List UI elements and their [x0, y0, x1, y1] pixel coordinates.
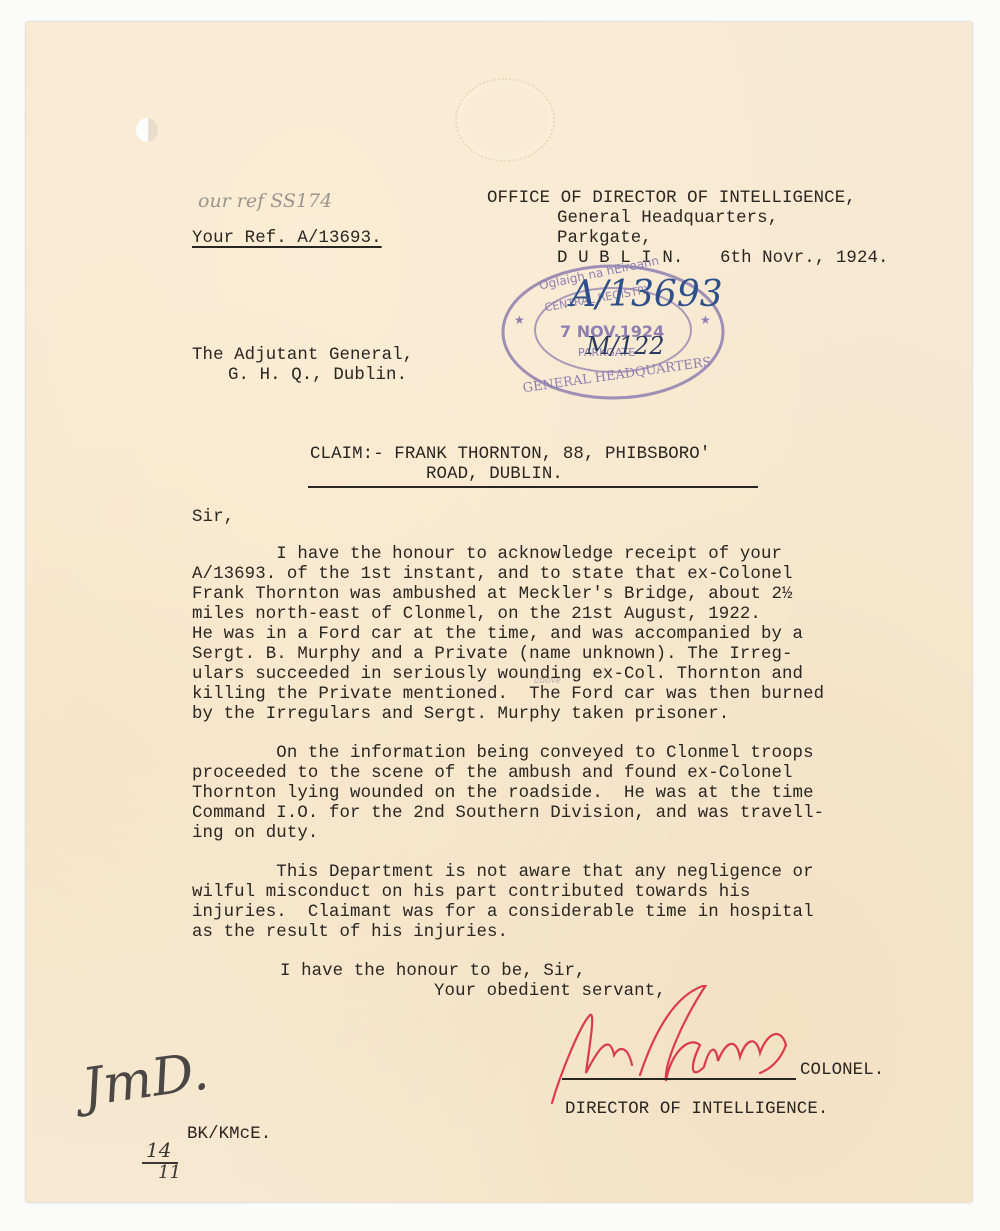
subject-underline	[308, 486, 758, 488]
paragraph-line: I have the honour to acknowledge receipt…	[192, 545, 782, 565]
paragraph-line: Command I.O. for the 2nd Southern Divisi…	[192, 804, 824, 824]
paragraph-line: injuries. Claimant was for a considerabl…	[192, 903, 814, 923]
pencil-insert-note: above	[534, 676, 561, 686]
stamp-handwritten-ref: A/13693	[570, 274, 723, 315]
paragraph-line: by the Irregulars and Sergt. Murphy take…	[192, 705, 729, 725]
signatory-rank: COLONEL.	[800, 1061, 884, 1081]
your-reference: Your Ref. A/13693.	[192, 229, 382, 249]
letterhead-parkgate: Parkgate,	[557, 229, 652, 249]
salutation: Sir,	[192, 508, 234, 528]
paragraph-line: He was in a Ford car at the time, and wa…	[192, 625, 803, 645]
reference-initials: BK/KMcE.	[187, 1125, 271, 1145]
margin-date-numerator: 14	[146, 1138, 171, 1162]
embossed-seal	[455, 78, 555, 162]
letter-date: 6th Novr., 1924.	[720, 249, 889, 269]
signatory-title: DIRECTOR OF INTELLIGENCE.	[565, 1100, 828, 1120]
signature-line	[562, 1078, 796, 1080]
subject-line-1: CLAIM:- FRANK THORNTON, 88, PHIBSBORO'	[310, 445, 710, 465]
registry-stamp: ★ ★ Oglaigh na hEireann CENTRAL REGISTRY…	[500, 262, 726, 402]
paragraph-line: Frank Thornton was ambushed at Meckler's…	[192, 585, 793, 605]
letterhead-office: OFFICE OF DIRECTOR OF INTELLIGENCE,	[487, 189, 856, 209]
punch-hole	[136, 118, 158, 142]
paragraph-line: wilful misconduct on his part contribute…	[192, 883, 750, 903]
subject-line-2: ROAD, DUBLIN.	[426, 465, 563, 485]
paragraph-line: Thornton lying wounded on the roadside. …	[192, 784, 814, 804]
paragraph-line: This Department is not aware that any ne…	[192, 863, 814, 883]
paragraph-line: On the information being conveyed to Clo…	[192, 744, 814, 764]
paragraph-line: A/13693. of the 1st instant, and to stat…	[192, 565, 793, 585]
paragraph-line: miles north-east of Clonmel, on the 21st…	[192, 605, 761, 625]
letterhead-ghq: General Headquarters,	[557, 209, 778, 229]
addressee-line-2: G. H. Q., Dublin.	[228, 366, 407, 386]
signature-scrawl-icon	[540, 985, 800, 1110]
closing-line-1: I have the honour to be, Sir,	[280, 962, 586, 982]
paragraph-line: ing on duty.	[192, 824, 318, 844]
svg-text:★: ★	[700, 313, 711, 327]
margin-date-denominator: 11	[158, 1162, 181, 1183]
paragraph-line: killing the Private mentioned. The Ford …	[192, 685, 824, 705]
stamp-handwritten-note: M/122	[586, 332, 664, 360]
paragraph-line: as the result of his injuries.	[192, 923, 508, 943]
svg-text:★: ★	[514, 313, 525, 327]
paragraph-line: Sergt. B. Murphy and a Private (name unk…	[192, 645, 793, 665]
addressee-line-1: The Adjutant General,	[192, 346, 413, 366]
pencil-reference-note: our ref SS174	[198, 190, 332, 212]
paragraph-line: ulars succeeded in seriously wounding ex…	[192, 665, 803, 685]
paragraph-line: proceeded to the scene of the ambush and…	[192, 764, 793, 784]
